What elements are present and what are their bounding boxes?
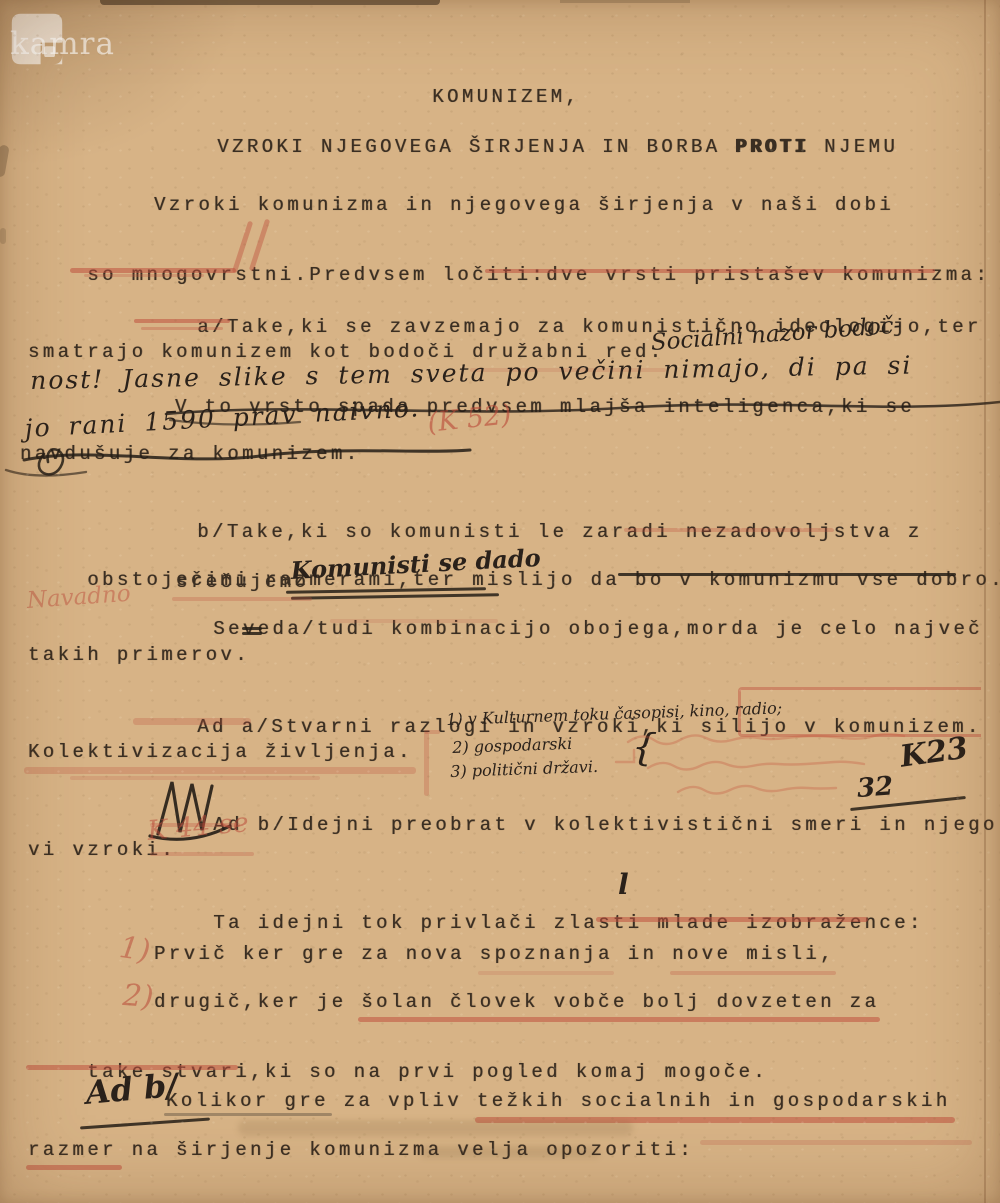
scanned-document-page: kamra KOMUNIZEM, VZROKI NJEGOVEGA ŠIRJEN… xyxy=(0,0,1000,1203)
f-l1b: mlade izobražence: xyxy=(657,912,923,934)
handwritten-32: 32 xyxy=(856,771,894,803)
b-l1b: nezadovoljstva xyxy=(686,521,893,543)
paragraph-c-line-1: Seveda/tudi kombinacijo obojega,morda je… xyxy=(154,596,983,662)
p1-l2d: dve vrsti pristašev komunizma: xyxy=(546,264,990,286)
red-underline-a-take-2 xyxy=(141,327,223,330)
ink-tail-ad-b xyxy=(80,1117,210,1129)
red-underline-mnogovrstni-2 xyxy=(84,274,204,277)
b-l1a: b/Take,ki so komunisti le zaradi xyxy=(197,521,685,543)
paragraph-i-line-1: Kolikor gre za vpliv težkih socialnih in… xyxy=(166,1090,951,1112)
h-l2b: so na prvi pogled komaj mogoče. xyxy=(294,1061,768,1083)
handwritten-list-item-3: 3) politični državi. xyxy=(450,757,598,781)
ink-equals-under-slash-2 xyxy=(242,632,262,635)
paragraph-h-line-1: drugič,ker je šolan človek vobče bolj do… xyxy=(154,991,879,1013)
red-bracket-list-hook xyxy=(424,730,440,734)
c-l2: takih primerov. xyxy=(28,644,250,666)
num1-text: 1) xyxy=(117,930,152,969)
scan-blemish-left xyxy=(0,144,10,177)
p1-l1-text: Vzroki komunizma in njegovega širjenja v… xyxy=(154,194,894,216)
c-l1-slash: / xyxy=(302,618,317,640)
ink-strikethrough-2 xyxy=(0,436,500,482)
red-underline-spoznanja xyxy=(478,971,614,975)
kamra-logo-icon xyxy=(10,12,64,66)
d-l2: Kolektivizacija življenja. xyxy=(28,741,413,763)
hw-32-text: 32 xyxy=(856,771,894,803)
pencil-underline-kolikor xyxy=(164,1113,332,1116)
paragraph-g-line-1: Prvič ker gre za nova spoznanja in nove … xyxy=(154,943,835,965)
h-l1: drugič,ker je šolan človek vobče bolj do… xyxy=(154,991,879,1013)
f-l1a: Ta idejni tok privlači zlasti xyxy=(213,912,657,934)
red-underline-mlade-izobrazence xyxy=(596,917,868,922)
paragraph-c-line-2: takih primerov. xyxy=(28,644,250,666)
red-underline-k44 xyxy=(150,852,254,856)
scan-blemish-left-2 xyxy=(0,228,6,244)
red-underline-nezadovoljstva xyxy=(624,528,834,532)
document-subtitle: VZROKI NJEGOVEGA ŠIRJENJA IN BORBA PROTI… xyxy=(158,114,898,180)
subtitle-overstruck-word: PROTI xyxy=(735,136,809,158)
red-number-1: 1) xyxy=(117,930,152,969)
red-underline-dve-vrsti xyxy=(485,269,935,273)
red-underline-a-take xyxy=(134,319,230,323)
scan-edge-top-2 xyxy=(560,0,690,3)
ink-equals-under-slash-1 xyxy=(242,627,262,630)
hw-list3-text: 3) politični državi. xyxy=(450,757,598,781)
red-number-2: 2) xyxy=(122,978,155,1015)
red-bracket-list xyxy=(424,732,429,796)
subtitle-pre: VZROKI NJEGOVEGA ŠIRJENJA IN BORBA xyxy=(217,136,735,158)
paragraph-d-line-2: Kolektivizacija življenja. xyxy=(28,741,413,763)
i-l2: razmer na širjenje komunizma velja opozo… xyxy=(28,1139,694,1161)
hw-insert-l-text: l xyxy=(618,868,629,901)
b-l1c: z xyxy=(893,521,923,543)
red-underline-razmer xyxy=(26,1165,122,1170)
e-l1c: njego- xyxy=(924,814,1000,836)
red-underline-ad-a xyxy=(133,718,251,725)
bleedthrough-text-1 xyxy=(238,1120,633,1136)
num2-text: 2) xyxy=(122,978,155,1015)
paragraph-1-line-1: Vzroki komunizma in njegovega širjenja v… xyxy=(154,194,894,216)
red-underline-kombinacijo xyxy=(330,619,498,623)
handwritten-insert-letter: l xyxy=(618,868,629,901)
red-underline-kolektivizacija xyxy=(24,767,416,774)
e-l1b: Idejni preobrat v kolektivistični smeri … xyxy=(287,814,923,836)
kamra-watermark: kamra xyxy=(10,12,115,62)
g-l1: Prvič ker gre za nova spoznanja in nove … xyxy=(154,943,835,965)
p1-l2c: .Predvsem ločiti: xyxy=(294,264,546,286)
red-underline-mnogovrstni xyxy=(70,268,236,273)
i-l1: Kolikor gre za vpliv težkih socialnih in… xyxy=(166,1090,951,1112)
red-underline-tezkih-2 xyxy=(700,1140,972,1145)
subtitle-post: NJEMU xyxy=(809,136,898,158)
title-text: KOMUNIZEM, xyxy=(432,86,580,108)
red-underline-solan-clovek xyxy=(358,1017,880,1022)
ink-underline-v-komunizmu xyxy=(618,573,956,576)
scan-edge-top xyxy=(100,0,440,5)
red-underline-nove-misli xyxy=(670,971,836,975)
paragraph-i-line-2: razmer na širjenje komunizma velja opozo… xyxy=(28,1139,694,1161)
